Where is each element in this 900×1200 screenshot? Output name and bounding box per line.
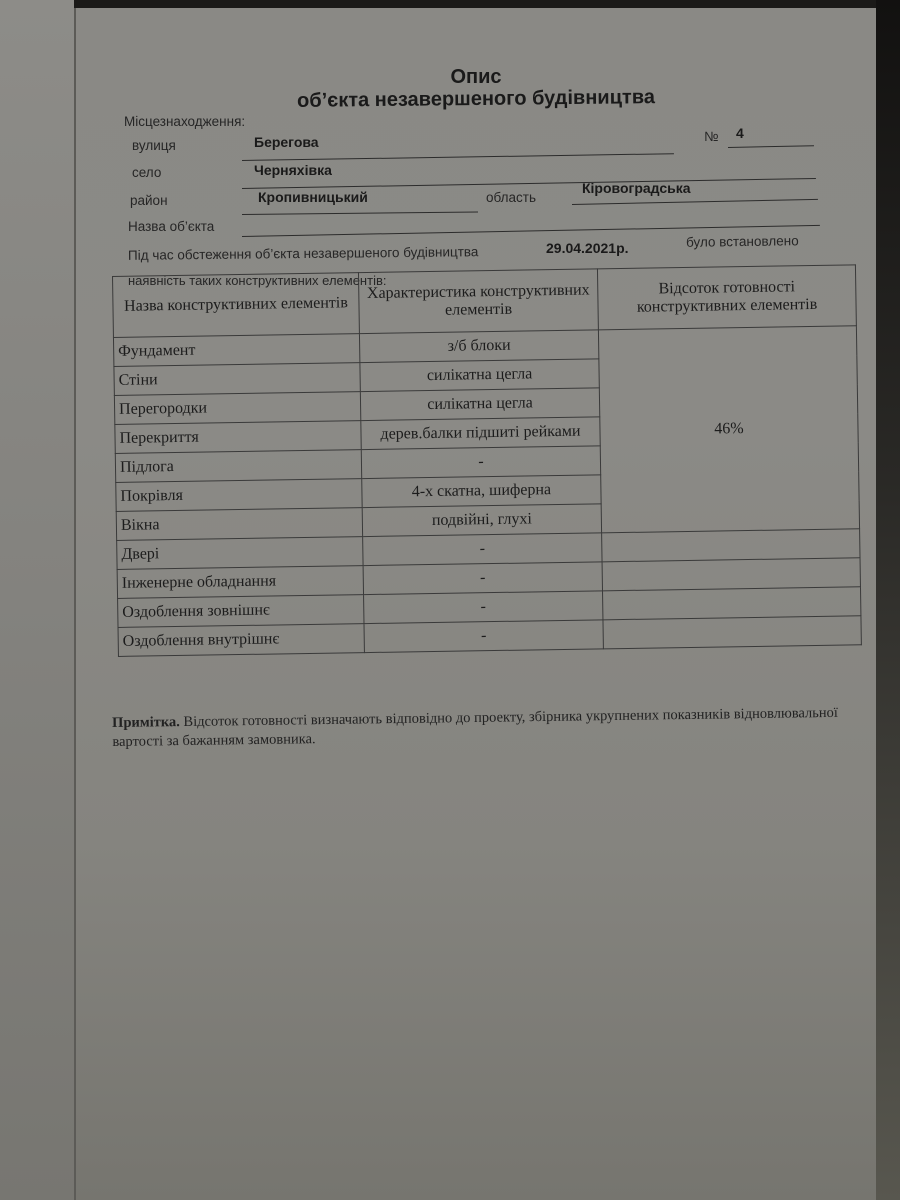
footnote: Примітка. Відсоток готовності визначають… (112, 704, 862, 752)
number-label: № (704, 129, 718, 144)
district-label: район (130, 193, 168, 208)
number-underline (728, 145, 814, 148)
element-name: Підлога (115, 450, 361, 483)
element-characteristic: дерев.балки підшиті рейками (361, 417, 600, 450)
readiness-empty (602, 558, 860, 591)
readiness-empty (603, 616, 861, 649)
element-characteristic: - (361, 446, 600, 479)
element-characteristic: - (363, 533, 602, 566)
street-value: Берегова (254, 134, 319, 150)
object-name-label: Назва об’єкта (128, 219, 214, 234)
element-characteristic: силікатна цегла (360, 359, 599, 392)
element-name: Стіни (114, 363, 360, 396)
location-label: Місцезнаходження: (124, 114, 245, 129)
document-page: Опис об’єкта незавершеного будівництва М… (76, 8, 876, 1200)
number-value: 4 (736, 125, 744, 141)
background-right (876, 0, 900, 1200)
element-name: Двері (117, 537, 363, 570)
street-underline (242, 153, 674, 161)
element-name: Оздоблення внутрішнє (118, 624, 364, 657)
element-characteristic: - (364, 620, 603, 653)
readiness-empty (603, 587, 861, 620)
element-name: Покрівля (116, 479, 362, 512)
element-name: Перекриття (115, 421, 361, 454)
header-readiness: Відсоток готовності конструктивних елеме… (597, 265, 856, 330)
element-characteristic: силікатна цегла (360, 388, 599, 421)
element-characteristic: - (363, 562, 602, 595)
element-name: Інженерне обладнання (117, 566, 363, 599)
region-value: Кіровоградська (582, 180, 691, 196)
header-element-name: Назва конструктивних елементів (113, 273, 360, 338)
element-characteristic: - (364, 591, 603, 624)
element-name: Вікна (116, 508, 362, 541)
district-underline (242, 212, 478, 215)
element-characteristic: подвійні, глухі (362, 504, 601, 537)
street-label: вулиця (132, 138, 176, 153)
established-text: було встановлено (686, 233, 799, 250)
element-characteristic: 4-х скатна, шиферна (362, 475, 601, 508)
village-label: село (132, 165, 161, 180)
structural-elements-table: Назва конструктивних елементів Характери… (112, 264, 862, 657)
footnote-label: Примітка. (112, 714, 180, 731)
element-name: Перегородки (114, 392, 360, 425)
footnote-text: Відсоток готовності визначають відповідн… (112, 705, 838, 750)
survey-text: Під час обстеження об’єкта незавершеного… (128, 244, 479, 263)
region-label: область (486, 190, 536, 205)
region-underline (572, 199, 818, 205)
village-value: Черняхівка (254, 162, 332, 178)
readiness-empty (602, 529, 860, 562)
background-left (0, 0, 76, 1200)
readiness-percent: 46% (598, 326, 859, 533)
village-underline (242, 178, 816, 189)
element-characteristic: з/б блоки (359, 330, 598, 363)
survey-date: 29.04.2021р. (546, 240, 629, 256)
district-value: Кропивницький (258, 189, 368, 205)
header-characteristic: Характеристика конструктивних елементів (358, 269, 598, 334)
background-top (74, 0, 900, 8)
element-name: Фундамент (113, 334, 359, 367)
element-name: Оздоблення зовнішнє (118, 595, 364, 628)
